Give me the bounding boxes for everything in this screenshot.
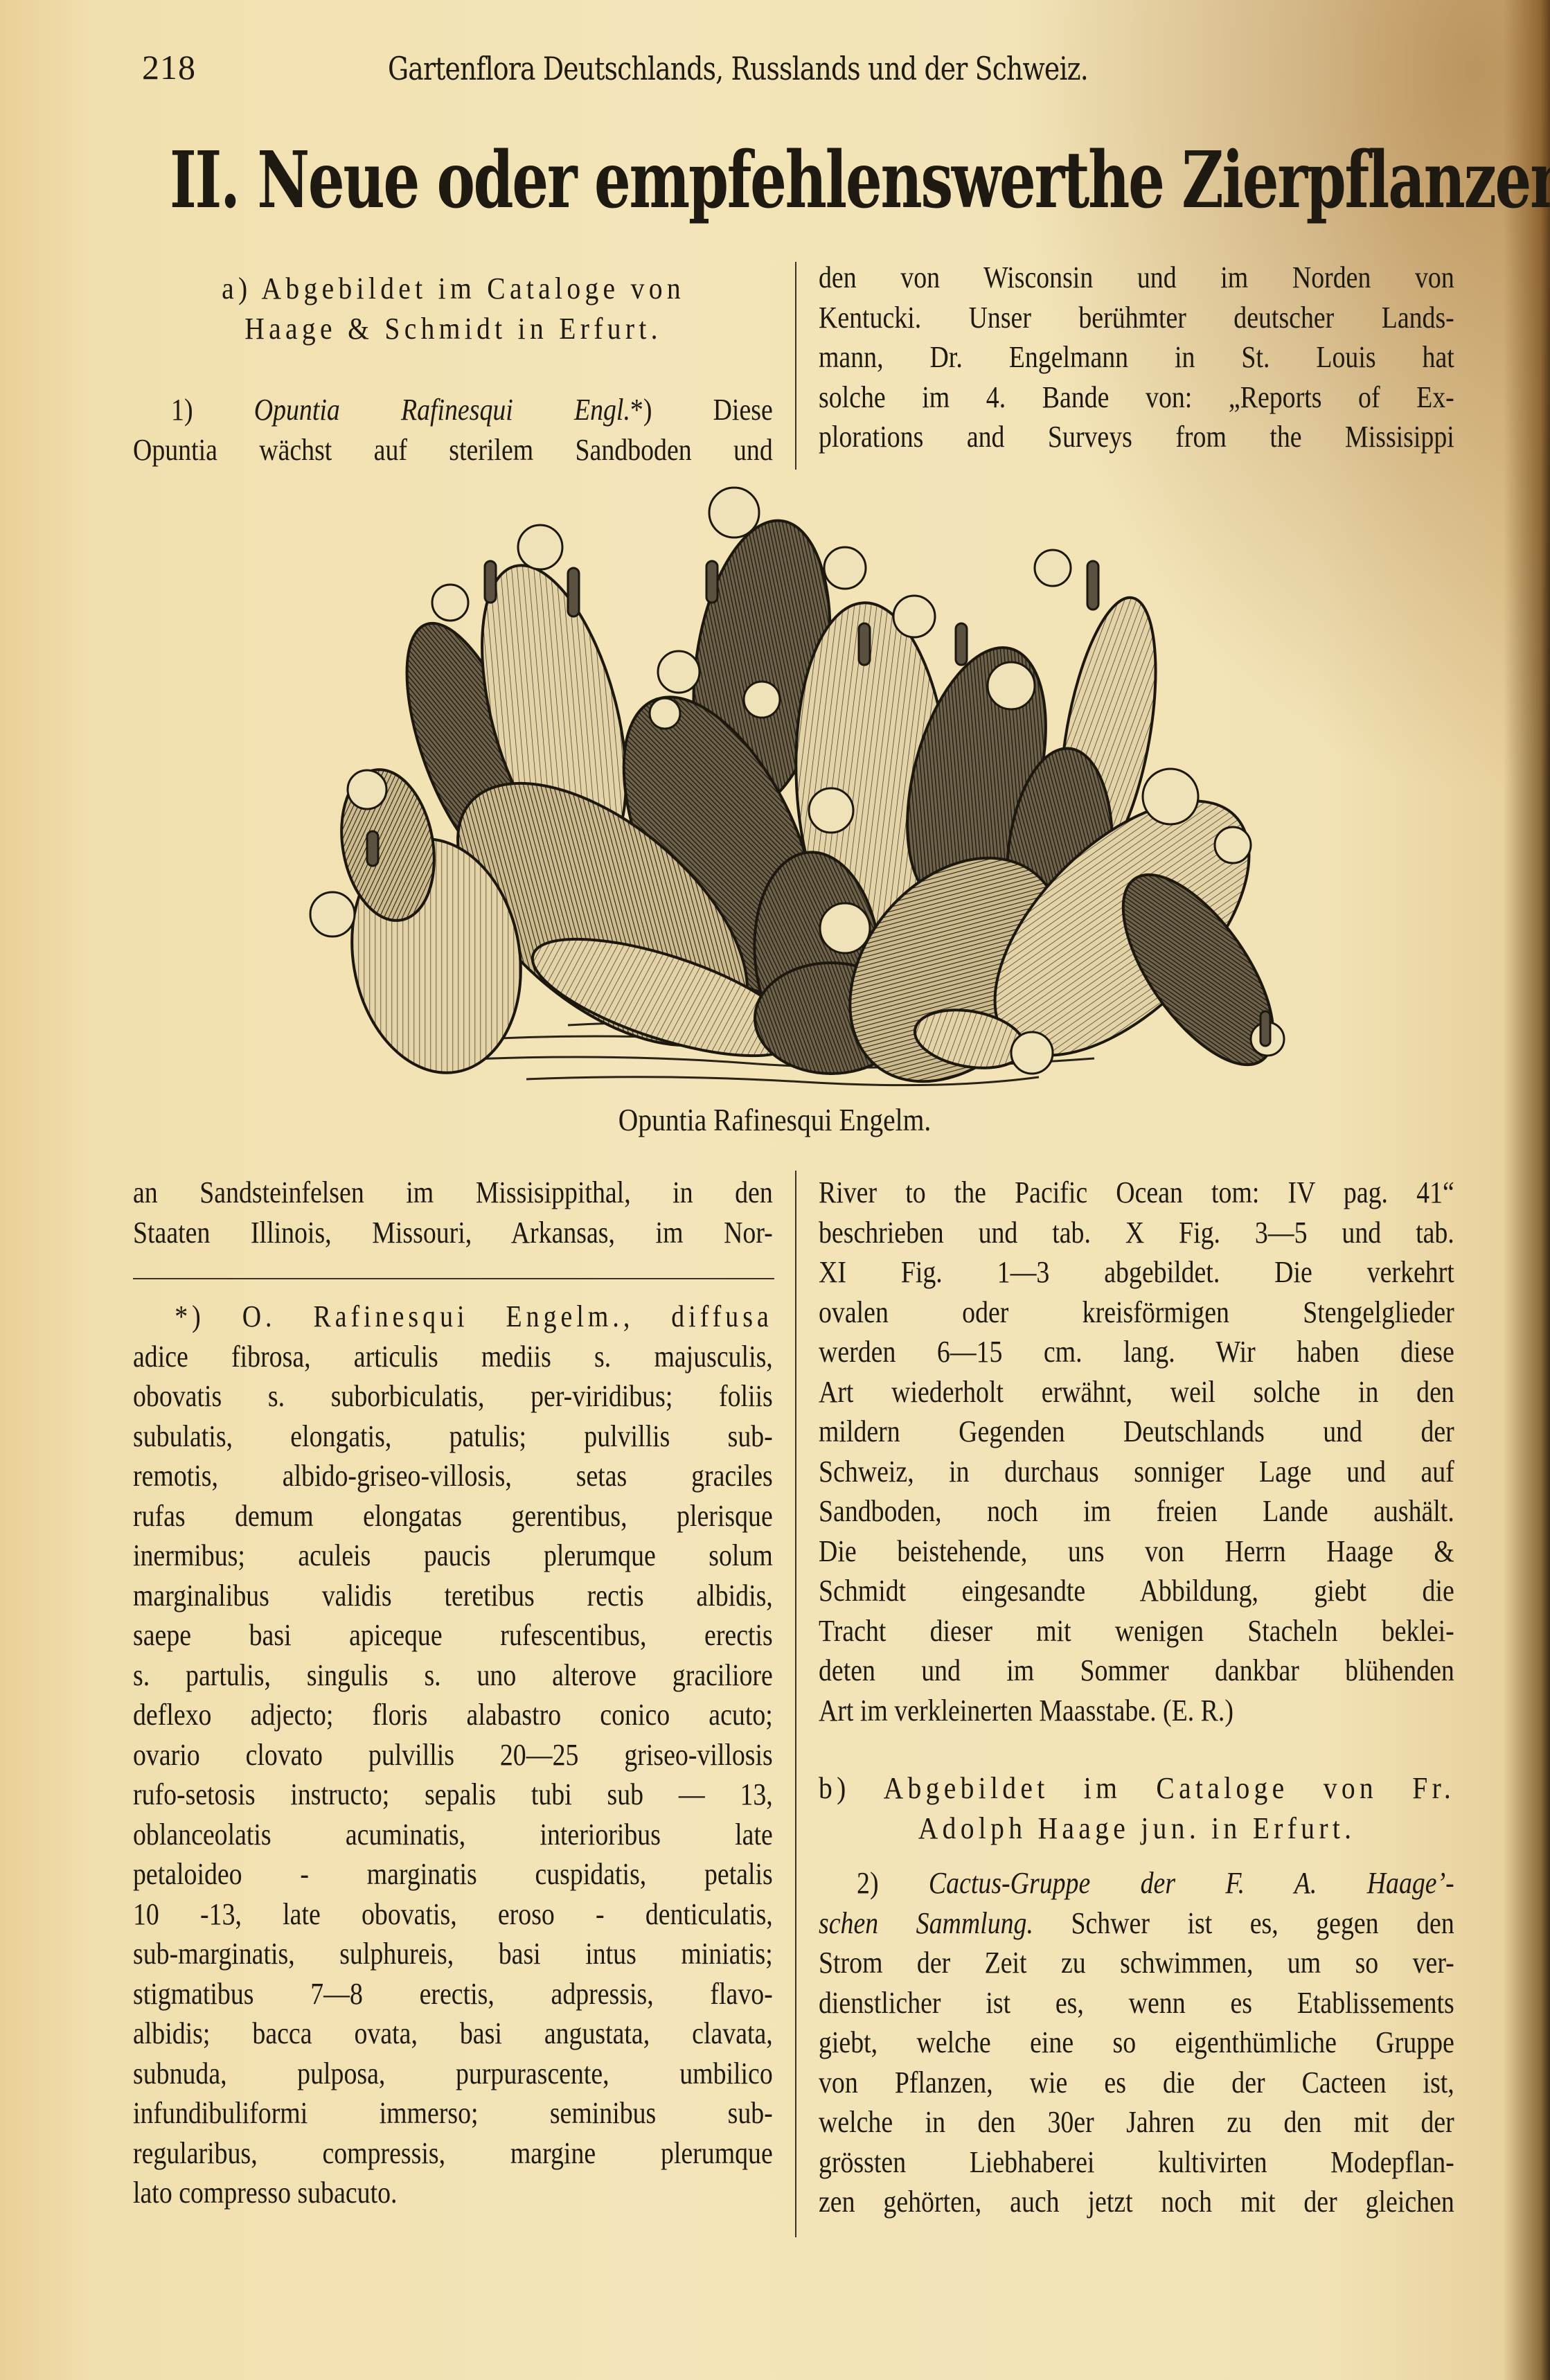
text-line: ovalen oder kreisförmigen Stengelglieder bbox=[819, 1293, 1454, 1333]
footnote-line: remotis, albido-griseo-villosis, setas g… bbox=[133, 1456, 773, 1496]
text-line: mann, Dr. Engelmann in St. Louis hat bbox=[819, 337, 1454, 378]
entry-1-species-name: Opuntia Rafinesqui Engl. bbox=[254, 393, 630, 427]
text-line: dienstlicher ist es, wenn es Etablisseme… bbox=[819, 1983, 1454, 2023]
text-line: deten und im Sommer dankbar blühenden bbox=[819, 1651, 1454, 1691]
subsection-heading-b-line2: Adolph Haage jun. in Erfurt. bbox=[819, 1809, 1455, 1849]
text-line: Schmidt eingesandte Abbildung, giebt die bbox=[819, 1571, 1454, 1611]
footnote-separator bbox=[133, 1278, 774, 1279]
text-line: Sandboden, noch im freien Lande aushält. bbox=[819, 1491, 1454, 1531]
entry-1-heading: 1) Opuntia Rafinesqui Engl.*) Diese bbox=[133, 390, 773, 430]
footnote-line: stigmatibus 7—8 erectis, adpressis, flav… bbox=[133, 1974, 773, 2014]
text-line: Strom der Zeit zu schwimmen, um so ver- bbox=[819, 1943, 1454, 1983]
entry-2-title-part1: Cactus-Gruppe der F. A. Haage’- bbox=[929, 1866, 1454, 1900]
text-line: giebt, welche eine so eigenthümliche Gru… bbox=[819, 2023, 1454, 2063]
footnote: *) O. Rafinesqui Engelm., diffusa adice … bbox=[133, 1297, 774, 2213]
footnote-line: *) O. Rafinesqui Engelm., diffusa bbox=[133, 1297, 773, 1337]
text-line: werden 6—15 cm. lang. Wir haben diese bbox=[819, 1332, 1454, 1372]
footnote-line: sub-marginatis, sulphureis, basi intus m… bbox=[133, 1934, 773, 1974]
text-line: von Pflanzen, wie es die der Cacteen ist… bbox=[819, 2063, 1454, 2103]
entry-1-footnote-marker: *) Diese bbox=[630, 393, 773, 427]
entry-2-heading: 2) Cactus-Gruppe der F. A. Haage’- bbox=[819, 1863, 1454, 1903]
figure-caption-text: Opuntia Rafinesqui Engelm. bbox=[618, 1101, 932, 1138]
footnote-line: inermibus; aculeis paucis plerumque solu… bbox=[133, 1536, 773, 1576]
cactus-illustration bbox=[277, 485, 1330, 1094]
footnote-line: marginalibus validis teretibus rectis al… bbox=[133, 1576, 773, 1616]
text-line: den von Wisconsin und im Norden von bbox=[819, 258, 1454, 298]
running-head: Gartenflora Deutschlands, Russlands und … bbox=[388, 50, 1088, 87]
text-line: solche im 4. Bande von: „Reports of Ex- bbox=[819, 378, 1454, 418]
footnote-line: oblanceolatis acuminatis, interioribus l… bbox=[133, 1815, 773, 1855]
entry-2-title-part2: schen Sammlung. bbox=[819, 1906, 1033, 1940]
text-line: Opuntia wächst auf sterilem Sandboden un… bbox=[133, 430, 773, 470]
top-left-column: a) Abgebildet im Cataloge von Haage & Sc… bbox=[133, 269, 774, 470]
footnote-line: lato compresso subacuto. bbox=[133, 2173, 773, 2213]
entry-2-line: schen Sammlung. Schwer ist es, gegen den bbox=[819, 1903, 1454, 1944]
text-line: XI Fig. 1—3 abgebildet. Die verkehrt bbox=[819, 1252, 1454, 1293]
text-line: an Sandsteinfelsen im Missisippithal, in… bbox=[133, 1173, 773, 1213]
text-line: beschrieben und tab. X Fig. 3—5 und tab. bbox=[819, 1213, 1454, 1253]
figure-caption: Opuntia Rafinesqui Engelm. bbox=[0, 1101, 1550, 1138]
text-line: Tracht dieser mit wenigen Stacheln bekle… bbox=[819, 1611, 1454, 1651]
text-line: welche in den 30er Jahren zu den mit der bbox=[819, 2102, 1454, 2142]
entry-2-text: Schwer ist es, gegen den bbox=[1033, 1906, 1454, 1940]
text-line: River to the Pacific Ocean tom: IV pag. … bbox=[819, 1173, 1454, 1213]
entry-1-number: 1) bbox=[171, 393, 193, 427]
text-line: Kentucki. Unser berühmter deutscher Land… bbox=[819, 298, 1454, 338]
text-line: grössten Liebhaberei kultivirten Modepfl… bbox=[819, 2142, 1454, 2183]
bottom-right-column: River to the Pacific Ocean tom: IV pag. … bbox=[819, 1173, 1456, 2222]
footnote-line: saepe basi apiceque rufescentibus, erect… bbox=[133, 1615, 773, 1655]
text-line: mildern Gegenden Deutschlands und der bbox=[819, 1412, 1454, 1452]
text-line: plorations and Surveys from the Missisip… bbox=[819, 417, 1454, 457]
text-line: Schweiz, in durchaus sonniger Lage und a… bbox=[819, 1452, 1454, 1492]
text-line: zen gehörten, auch jetzt noch mit der gl… bbox=[819, 2182, 1454, 2222]
page-number: 218 bbox=[142, 47, 196, 87]
column-divider-bottom bbox=[795, 1171, 796, 2237]
footnote-line: deflexo adjecto; floris alabastro conico… bbox=[133, 1695, 773, 1735]
bottom-left-column: an Sandsteinfelsen im Missisippithal, in… bbox=[133, 1173, 774, 1252]
footnote-line: regularibus, compressis, margine plerumq… bbox=[133, 2133, 773, 2174]
section-title: II. Neue oder empfehlenswerthe Zierpflan… bbox=[170, 135, 1550, 226]
footnote-line: rufas demum elongatas gerentibus, pleris… bbox=[133, 1496, 773, 1536]
text-line: Staaten Illinois, Missouri, Arkansas, im… bbox=[133, 1213, 773, 1253]
top-right-column: den von Wisconsin und im Norden von Kent… bbox=[819, 258, 1456, 457]
footnote-line: rufo-setosis instructo; sepalis tubi sub… bbox=[133, 1775, 773, 1815]
footnote-line: albidis; bacca ovata, basi angustata, cl… bbox=[133, 2014, 773, 2054]
footnote-line: 10 -13, late obovatis, eroso - denticula… bbox=[133, 1894, 773, 1935]
subsection-heading-a-line1: a) Abgebildet im Cataloge von bbox=[133, 269, 774, 309]
footnote-line: obovatis s. suborbiculatis, per-viridibu… bbox=[133, 1376, 773, 1417]
footnote-line: petaloideo - marginatis cuspidatis, peta… bbox=[133, 1854, 773, 1894]
footnote-line: s. partulis, singulis s. uno alterove gr… bbox=[133, 1655, 773, 1696]
text-line: Art im verkleinerten Maasstabe. (E. R.) bbox=[819, 1691, 1454, 1731]
footnote-line: subulatis, elongatis, patulis; pulvillis… bbox=[133, 1417, 773, 1457]
footnote-line: ovario clovato pulvillis 20—25 griseo-vi… bbox=[133, 1735, 773, 1775]
subsection-heading-b-line1: b) Abgebildet im Cataloge von Fr. bbox=[819, 1768, 1455, 1809]
subsection-heading-a-line2: Haage & Schmidt in Erfurt. bbox=[133, 309, 774, 349]
footnote-line: adice fibrosa, articulis mediis s. majus… bbox=[133, 1337, 773, 1377]
text-line: Die beistehende, uns von Herrn Haage & bbox=[819, 1531, 1454, 1572]
entry-2-number: 2) bbox=[857, 1866, 879, 1900]
text-line: Art wiederholt erwähnt, weil solche in d… bbox=[819, 1372, 1454, 1412]
column-divider-top bbox=[795, 262, 796, 470]
footnote-line: infundibuliformi immerso; seminibus sub- bbox=[133, 2093, 773, 2133]
footnote-line: subnuda, pulposa, purpurascente, umbilic… bbox=[133, 2054, 773, 2094]
